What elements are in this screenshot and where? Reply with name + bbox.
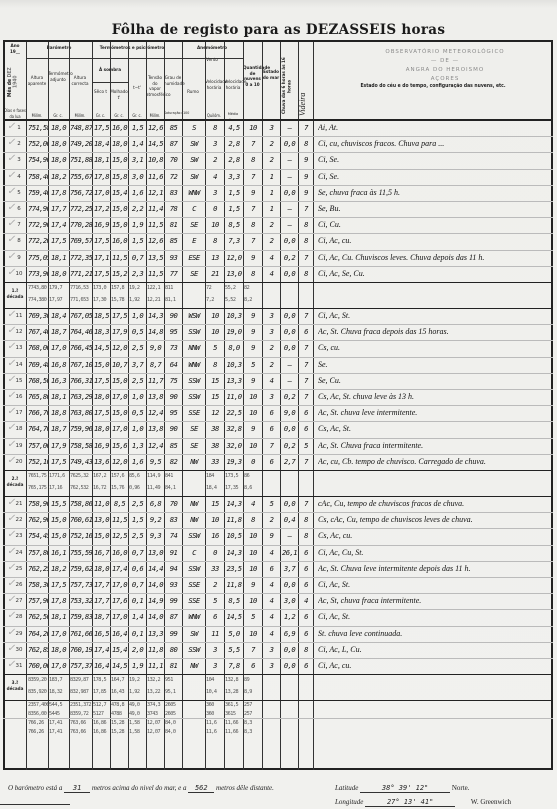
cell-term: 17,5 xyxy=(49,454,68,470)
unit-label: Gr. c. xyxy=(128,113,146,119)
cell-nuv: 10 xyxy=(244,389,262,405)
cell-rumo: NW xyxy=(183,496,205,512)
total-value: 8359,72 xyxy=(70,711,88,717)
summary-value: 85,6 xyxy=(129,473,140,479)
cell-hum: 99 xyxy=(165,626,182,642)
cell-alt-ap: 762,90 xyxy=(28,512,48,528)
cell-diff: 1,0 xyxy=(129,389,146,405)
cell-seco: 16,9 xyxy=(93,438,110,454)
decade-summary: 1.ª década7743,80179,77716,53173,0157,81… xyxy=(0,282,557,308)
cell-hum: 64 xyxy=(165,357,182,373)
cell-tens: 9,5 xyxy=(147,454,164,470)
cell-tens: 12,6 xyxy=(147,120,164,136)
cell-mar: 3 xyxy=(263,389,280,405)
cell-obs: 6 xyxy=(299,421,313,437)
cell-molh: 17,0 xyxy=(111,577,128,593)
check-mark: ✓ xyxy=(7,341,21,355)
cell-diff: 1,9 xyxy=(129,658,146,674)
summary-value: 89 xyxy=(244,677,249,683)
total-value: 544,5 xyxy=(49,702,62,708)
cell-term: 16,1 xyxy=(49,545,68,561)
cell-vel: 16 xyxy=(206,528,224,544)
total-value: 4788 xyxy=(111,711,122,717)
summary-value: 84,1 xyxy=(165,485,176,491)
check-mark: ✓ xyxy=(7,659,21,673)
cell-chuva: 0,0 xyxy=(281,496,298,512)
cell-hum: 95 xyxy=(165,324,182,340)
cell-molh: 18,0 xyxy=(111,136,128,152)
decade-label: 2.ª década xyxy=(4,477,26,488)
cell-mar: 4 xyxy=(263,609,280,625)
table-row: 21✓758,9015,5758,8611,08,52,56,870NW1514… xyxy=(0,496,557,512)
cell-alt-ap: 772,90 xyxy=(28,217,48,233)
cell-alt-cor: 753,32 xyxy=(70,593,92,609)
total-value: 11,66 xyxy=(225,720,238,726)
cell-alt-cor: 752,16 xyxy=(70,528,92,544)
summary-value: 1,92 xyxy=(129,689,140,695)
cloud-amount-label: Quantidade de nuvens 0 a 10 xyxy=(243,66,262,88)
cell-obs: 8 xyxy=(299,512,313,528)
cell-rumo: NW xyxy=(183,658,205,674)
table-row: 8✓772,2017,5769,5717,516,01,512,685E87,3… xyxy=(0,233,557,249)
cell-vel-med: 11,8 xyxy=(225,512,243,528)
cell-mar: 6 xyxy=(263,405,280,421)
cell-vel: 2 xyxy=(206,577,224,593)
cell-chuva: — xyxy=(281,217,298,233)
cell-nuv: 9 xyxy=(244,324,262,340)
cell-vel-med: 8,5 xyxy=(225,593,243,609)
cell-alt-cor: 749,43 xyxy=(70,454,92,470)
unit-label: Saturação=100 xyxy=(164,111,182,117)
summary-value: 8,6 xyxy=(244,485,252,491)
cell-molh: 15,2 xyxy=(111,266,128,282)
cell-chuva: 0,2 xyxy=(281,389,298,405)
cell-tens: 13,8 xyxy=(147,421,164,437)
cell-mar: 3 xyxy=(263,324,280,340)
cell-alt-ap: 758,90 xyxy=(28,496,48,512)
check-mark: ✓ xyxy=(7,153,21,167)
table-row: 30✓762,8518,0760,1917,415,42,011,880SSW3… xyxy=(0,642,557,658)
remark-text: Ci, Ac, St. xyxy=(318,612,550,621)
cell-nuv: 10 xyxy=(244,561,262,577)
cell-term: 18,0 xyxy=(49,266,68,282)
cell-tens: 11,5 xyxy=(147,217,164,233)
page-title: Fôlha de registo para as DEZASSEIS horas xyxy=(0,22,557,38)
cell-alt-cor: 772,25 xyxy=(70,201,92,217)
cell-term: 15,5 xyxy=(49,496,68,512)
total-value: 763,66 xyxy=(70,729,86,735)
cell-obs: 7 xyxy=(299,120,313,136)
summary-value: 15,76 xyxy=(111,485,124,491)
cell-seco: 18,5 xyxy=(93,308,110,324)
summary-value: 17,16 xyxy=(49,485,62,491)
cell-alt-cor: 751,88 xyxy=(70,152,92,168)
cell-nuv: 7 xyxy=(244,169,262,185)
total-value: 8,3 xyxy=(244,720,252,726)
cell-nuv: 10 xyxy=(244,593,262,609)
cell-nuv: 8 xyxy=(244,152,262,168)
cell-molh: 15,0 xyxy=(111,152,128,168)
cell-alt-cor: 748,87 xyxy=(70,120,92,136)
cell-mar: 4 xyxy=(263,373,280,389)
cell-tens: 11,7 xyxy=(147,373,164,389)
cell-obs: 6 xyxy=(299,577,313,593)
cell-rumo: WSW xyxy=(183,308,205,324)
cell-term: 17,4 xyxy=(49,217,68,233)
unit-label: Gr. c. xyxy=(110,113,128,119)
dry-bulb-label: Sêco t xyxy=(92,90,109,96)
cell-nuv: 9 xyxy=(244,577,262,593)
cell-vel: 3 xyxy=(206,136,224,152)
cell-vel-med: 19,0 xyxy=(225,324,243,340)
cell-molh: 16,0 xyxy=(111,545,128,561)
cell-chuva: 0,0 xyxy=(281,642,298,658)
cell-nuv: 0 xyxy=(244,454,262,470)
cell-molh: 16,0 xyxy=(111,120,128,136)
cell-alt-cor: 772,35 xyxy=(70,250,92,266)
table-row: 20✓752,1017,5749,4313,612,01,69,582NW331… xyxy=(0,454,557,470)
cell-molh: 15,8 xyxy=(111,169,128,185)
cell-diff: 3,0 xyxy=(129,169,146,185)
humidity-label: Grau de humidade xyxy=(164,76,182,87)
cell-molh: 8,5 xyxy=(111,496,128,512)
cell-vel: 3 xyxy=(206,642,224,658)
cell-nuv: 10 xyxy=(244,120,262,136)
cell-alt-cor: 755,59 xyxy=(70,545,92,561)
summary-value: 7743,80 xyxy=(28,285,46,291)
cell-alt-ap: 766,70 xyxy=(28,405,48,421)
summary-value: 841 xyxy=(165,473,173,479)
table-row: 31✓760,0017,0757,3716,414,51,911,181NW37… xyxy=(0,658,557,674)
cell-alt-ap: 752,10 xyxy=(28,454,48,470)
cell-tens: 10,8 xyxy=(147,152,164,168)
rain-label: Chuva das 6 horas às 16 horas xyxy=(282,56,296,116)
cell-rumo: WNW xyxy=(183,185,205,201)
summary-value: 835,920 xyxy=(28,689,46,695)
cell-vel-med: 14,5 xyxy=(225,609,243,625)
cell-rumo: SSW xyxy=(183,389,205,405)
cell-rumo: WNW xyxy=(183,357,205,373)
cell-obs: 8 xyxy=(299,528,313,544)
summary-value: 765,175 xyxy=(28,485,46,491)
cell-vel: 6 xyxy=(206,609,224,625)
cell-diff: 1,6 xyxy=(129,185,146,201)
summary-value: 951 xyxy=(165,677,173,683)
cell-molh: 10,7 xyxy=(111,357,128,373)
cell-term: 15,0 xyxy=(49,528,68,544)
decade-summary: 3.ª década8359,20183,78329,87178,5164,71… xyxy=(0,674,557,700)
cell-vel-med: 2,8 xyxy=(225,136,243,152)
cell-molh: 17,9 xyxy=(111,324,128,340)
cell-mar: 4 xyxy=(263,626,280,642)
cell-vel-med: 8,0 xyxy=(225,340,243,356)
days-label: Dias e fases da lua xyxy=(4,108,26,119)
cell-vel: 33 xyxy=(206,561,224,577)
cell-alt-cor: 757,37 xyxy=(70,658,92,674)
cell-vel: 5 xyxy=(206,340,224,356)
table-row: 2✓752,0018,0749,2018,418,01,414,587SW32,… xyxy=(0,136,557,152)
longitude-value: 27° 13' 41" xyxy=(365,798,455,807)
cell-seco: 15,0 xyxy=(93,357,110,373)
total-value: 257 xyxy=(244,702,252,708)
remark-text: Ac, St, chuva fraca intermitente. xyxy=(318,596,550,605)
check-mark: ✓ xyxy=(7,137,21,151)
cell-vel: 10 xyxy=(206,308,224,324)
remark-text: Se. xyxy=(318,360,550,369)
cell-rumo: C xyxy=(183,545,205,561)
cell-nuv: 8 xyxy=(244,217,262,233)
cell-seco: 18,0 xyxy=(93,561,110,577)
cell-obs: 8 xyxy=(299,266,313,282)
cell-alt-cor: 760,61 xyxy=(70,512,92,528)
table-row: 3✓754,9018,0751,8818,115,03,110,870SW22,… xyxy=(0,152,557,168)
table-row: 18✓764,7018,7759,9618,017,01,013,890SE38… xyxy=(0,421,557,437)
cell-diff: 2,5 xyxy=(129,340,146,356)
cell-rumo: S xyxy=(183,120,205,136)
cell-rumo: SW xyxy=(183,136,205,152)
cell-diff: 1,6 xyxy=(129,454,146,470)
remark-text: Cs, cu. xyxy=(318,343,550,352)
summary-value: 0,96 xyxy=(129,485,140,491)
cell-rumo: SSW xyxy=(183,561,205,577)
cell-vel: 2 xyxy=(206,152,224,168)
cell-nuv: 9 xyxy=(244,340,262,356)
cell-obs: 9 xyxy=(299,185,313,201)
cell-diff: 0,5 xyxy=(129,405,146,421)
cell-nuv: 9 xyxy=(244,185,262,201)
cell-vel-med: 14,3 xyxy=(225,545,243,561)
cell-mar: 3 xyxy=(263,308,280,324)
cell-mar: 3 xyxy=(263,642,280,658)
cell-chuva: — xyxy=(281,169,298,185)
cell-obs: 6 xyxy=(299,324,313,340)
cell-seco: 17,5 xyxy=(93,266,110,282)
cell-alt-ap: 772,20 xyxy=(28,233,48,249)
cell-nuv: 8 xyxy=(244,266,262,282)
cell-vel-med: 2,8 xyxy=(225,152,243,168)
total-value: 1,58 xyxy=(129,729,140,735)
cell-term: 18,1 xyxy=(49,389,68,405)
cell-seco: 17,5 xyxy=(93,120,110,136)
total-value: 5127 xyxy=(93,711,104,717)
cell-mar: 7 xyxy=(263,438,280,454)
cell-molh: 14,5 xyxy=(111,658,128,674)
summary-value: 184 xyxy=(206,473,214,479)
cell-tens: 8,7 xyxy=(147,357,164,373)
cell-mar: 3 xyxy=(263,658,280,674)
total-value: 361,5 xyxy=(225,702,238,708)
cell-alt-ap: 762,50 xyxy=(28,609,48,625)
cell-alt-ap: 759,40 xyxy=(28,185,48,201)
cell-hum: 75 xyxy=(165,373,182,389)
cell-vel: 8 xyxy=(206,120,224,136)
cell-chuva: 3,0 xyxy=(281,593,298,609)
cell-alt-cor: 767,10 xyxy=(70,357,92,373)
cell-obs: 7 xyxy=(299,250,313,266)
sea-state-label: Estado do mar xyxy=(262,70,280,81)
cell-tens: 13,5 xyxy=(147,250,164,266)
summary-value: 95,1 xyxy=(165,689,176,695)
cell-vel-med: 11,8 xyxy=(225,577,243,593)
cell-vel: 0 xyxy=(206,545,224,561)
total-value: 512,7 xyxy=(93,702,106,708)
table-row: 28✓762,5018,1759,8318,717,01,414,087WNW6… xyxy=(0,609,557,625)
cell-alt-ap: 767,40 xyxy=(28,324,48,340)
cell-nuv: 10 xyxy=(244,545,262,561)
cell-chuva: 0,0 xyxy=(281,324,298,340)
cell-vel-med: 14,3 xyxy=(225,496,243,512)
summary-value: 13,28 xyxy=(225,689,238,695)
cell-alt-cor: 759,96 xyxy=(70,421,92,437)
cell-seco: 16,5 xyxy=(93,626,110,642)
cell-molh: 15,4 xyxy=(111,642,128,658)
cell-tens: 14,9 xyxy=(147,593,164,609)
remark-text: Ac, cu, Cb. tempo de chuvisco. Carregado… xyxy=(318,457,550,466)
cell-tens: 13,3 xyxy=(147,626,164,642)
cell-rumo: SSE xyxy=(183,405,205,421)
remark-text: Ci, Se. xyxy=(318,155,550,164)
cell-chuva: — xyxy=(281,373,298,389)
table-row: 4✓758,4018,2755,6717,815,83,011,672SW43,… xyxy=(0,169,557,185)
cell-mar: 1 xyxy=(263,201,280,217)
decade-summary: 2.ª década7651,751771,67625,32167,2157,6… xyxy=(0,470,557,496)
summary-value: 15,78 xyxy=(111,297,124,303)
anemometer-group-label: Anemómetro xyxy=(182,46,242,52)
cell-vel: 38 xyxy=(206,438,224,454)
summary-value: 771,653 xyxy=(70,297,88,303)
barometer-note: O barómetro está a 31 metros acima do ni… xyxy=(8,784,274,793)
cell-hum: 85 xyxy=(165,233,182,249)
remark-text: Ci, Ac, L, Cu. xyxy=(318,645,550,654)
cell-chuva: 9,0 xyxy=(281,405,298,421)
cell-nuv: 9 xyxy=(244,421,262,437)
cell-obs: 7 xyxy=(299,357,313,373)
cell-molh: 15,6 xyxy=(111,438,128,454)
cell-molh: 12,5 xyxy=(111,528,128,544)
cell-vel: 13 xyxy=(206,250,224,266)
check-mark: ✓ xyxy=(7,325,21,339)
summary-value: 17,85 xyxy=(93,689,106,695)
cell-tens: 14,8 xyxy=(147,324,164,340)
cell-vel-med: 12,0 xyxy=(225,250,243,266)
year-label: Ano19__ xyxy=(5,44,25,55)
summary-value: 173,5 xyxy=(225,473,238,479)
cell-mar: 4 xyxy=(263,250,280,266)
cell-seco: 17,5 xyxy=(93,405,110,421)
remark-text: St. chuva leve continuada. xyxy=(318,629,550,638)
cell-obs: 8 xyxy=(299,642,313,658)
cell-diff: 1,3 xyxy=(129,438,146,454)
cell-chuva: — xyxy=(281,120,298,136)
summary-value: 7716,53 xyxy=(70,285,88,291)
cell-obs: 6 xyxy=(299,405,313,421)
cell-vel: 3 xyxy=(206,185,224,201)
summary-value: 17,35 xyxy=(225,485,238,491)
cell-term: 18,7 xyxy=(49,324,68,340)
cell-hum: 85 xyxy=(165,120,182,136)
cell-diff: 1,5 xyxy=(129,233,146,249)
check-mark: ✓ xyxy=(7,267,21,281)
cell-term: 17,0 xyxy=(49,626,68,642)
cell-chuva: — xyxy=(281,528,298,544)
cell-alt-cor: 755,67 xyxy=(70,169,92,185)
corrected-height-label: Altura correcta xyxy=(69,76,91,87)
attached-thermometer-label: Termómetro adjunto xyxy=(48,72,68,83)
summary-value: 82 xyxy=(244,285,249,291)
cell-vel: 0 xyxy=(206,201,224,217)
check-mark: ✓ xyxy=(7,121,21,135)
cell-rumo: SE xyxy=(183,266,205,282)
table-row: 26✓758,3017,5757,7317,717,00,714,093SSE2… xyxy=(0,577,557,593)
cell-obs: 7 xyxy=(299,201,313,217)
summary-value: 104 xyxy=(206,677,214,683)
summary-value: 13,22 xyxy=(147,689,160,695)
cell-alt-cor: 766,31 xyxy=(70,373,92,389)
total-value: 8356,00 xyxy=(28,711,46,717)
cell-vel: 15 xyxy=(206,496,224,512)
cell-vel: 5 xyxy=(206,593,224,609)
cell-vel: 10 xyxy=(206,217,224,233)
summary-value: 86 xyxy=(244,473,249,479)
cell-diff: 1,0 xyxy=(129,421,146,437)
cell-vel-med: 10,3 xyxy=(225,357,243,373)
cell-hum: 81 xyxy=(165,658,182,674)
cell-molh: 15,0 xyxy=(111,373,128,389)
decade-label: 1.ª década xyxy=(4,289,26,300)
cell-vel-med: 23,5 xyxy=(225,561,243,577)
cell-mar: 2 xyxy=(263,152,280,168)
check-mark: ✓ xyxy=(7,513,21,527)
cell-term: 18,0 xyxy=(49,152,68,168)
cell-alt-cor: 759,62 xyxy=(70,561,92,577)
cell-hum: 70 xyxy=(165,496,182,512)
cell-seco: 18,4 xyxy=(93,136,110,152)
cell-term: 17,9 xyxy=(49,438,68,454)
cell-alt-cor: 761,66 xyxy=(70,626,92,642)
unit-label: Milím. xyxy=(146,113,164,119)
remark-text: Ci, cu, chuviscos fracos. Chuva para ... xyxy=(318,139,550,148)
remark-text: Se, Bu. xyxy=(318,204,550,213)
cell-vel: 38 xyxy=(206,421,224,437)
summary-value: 11,49 xyxy=(147,485,160,491)
cell-tens: 13,8 xyxy=(147,389,164,405)
summary-value: 173,0 xyxy=(93,285,106,291)
cell-chuva: 26,1 xyxy=(281,545,298,561)
cell-tens: 11,6 xyxy=(147,169,164,185)
month-label: Mês de DEZ 1940 xyxy=(8,62,22,102)
latitude-line: Latitude 38° 39' 12" Norte. xyxy=(335,784,470,793)
cell-seco: 18,3 xyxy=(93,324,110,340)
summary-value: 10,4 xyxy=(206,689,217,695)
summary-value: 164,7 xyxy=(111,677,124,683)
remark-text: Ci, Ac, cu. xyxy=(318,236,550,245)
cell-term: 18,4 xyxy=(49,308,68,324)
cell-mar: 2 xyxy=(263,217,280,233)
register-sheet: Fôlha de registo para as DEZASSEIS horas… xyxy=(0,0,557,809)
cell-term: 18,0 xyxy=(49,642,68,658)
total-value: 3615 xyxy=(225,711,236,717)
cell-vel: 15 xyxy=(206,373,224,389)
table-row: 11✓769,3018,4767,0518,517,51,014,390WSW1… xyxy=(0,308,557,324)
header-divider xyxy=(92,82,128,83)
cell-rumo: SSW xyxy=(183,324,205,340)
cell-term: 16,3 xyxy=(49,373,68,389)
cell-alt-ap: 773,90 xyxy=(28,266,48,282)
table-row: 29✓764,2017,0761,6616,516,40,113,399SW11… xyxy=(0,626,557,642)
cell-alt-cor: 767,05 xyxy=(70,308,92,324)
cell-term: 18,0 xyxy=(49,120,68,136)
cell-mar: 2 xyxy=(263,512,280,528)
